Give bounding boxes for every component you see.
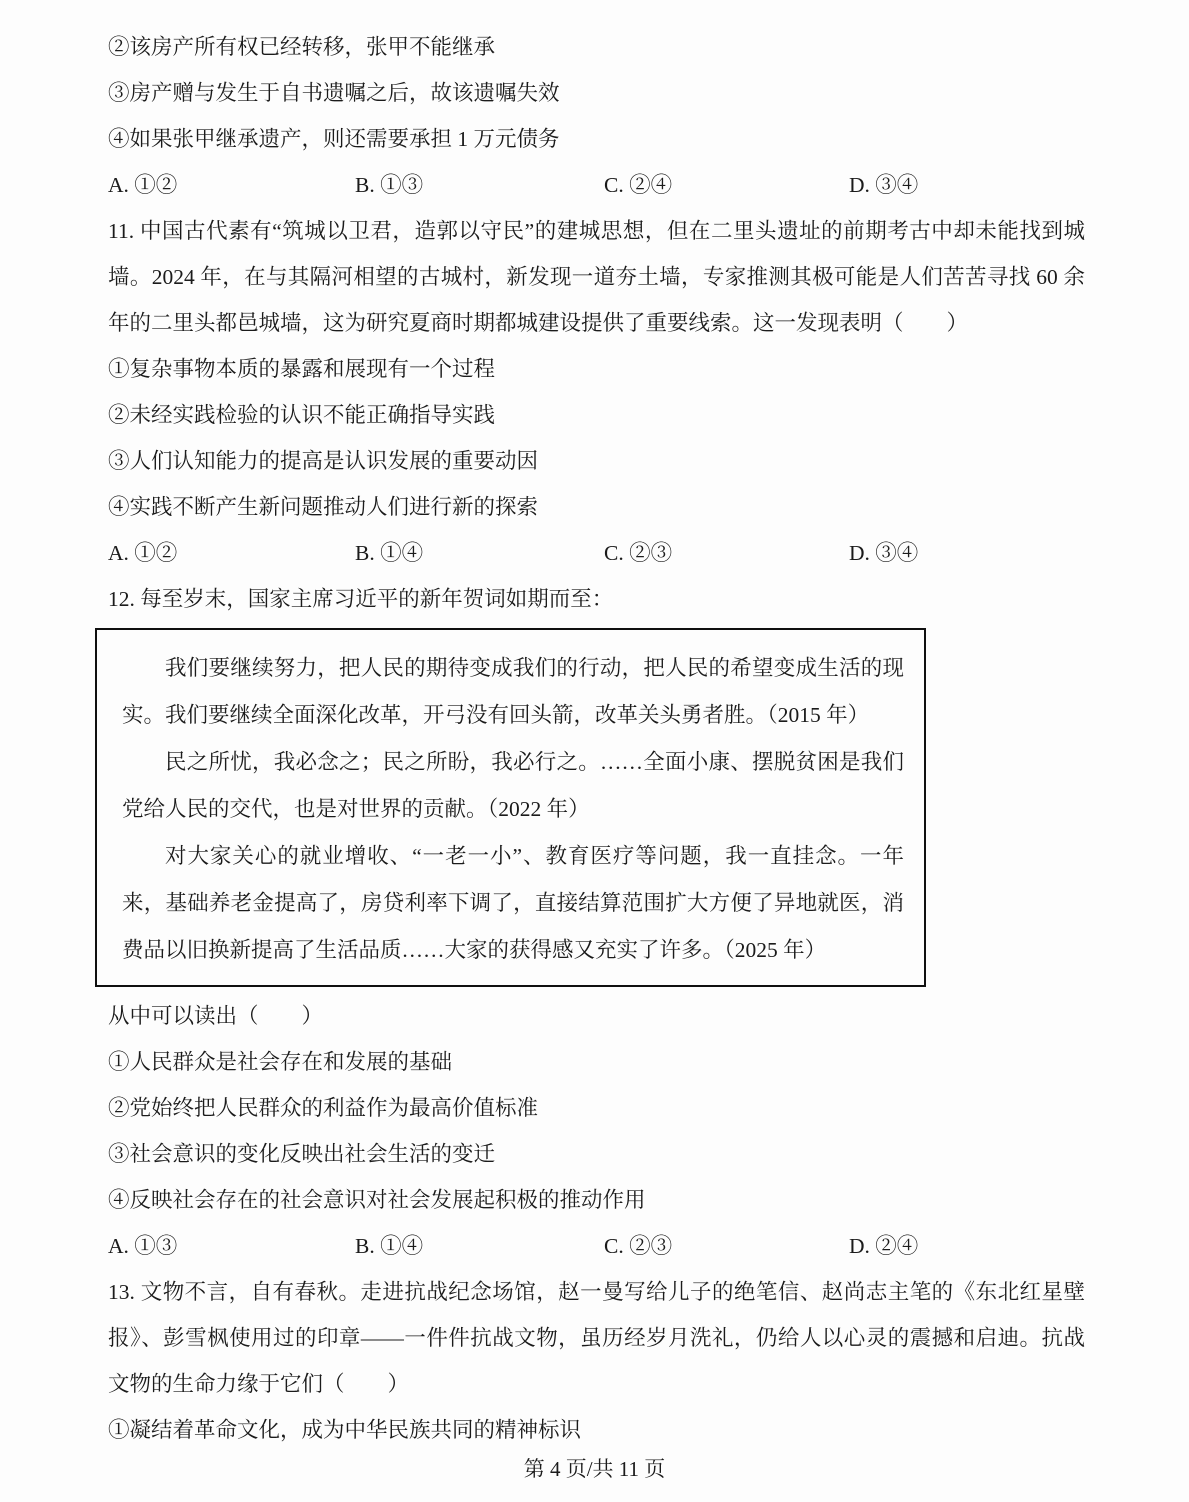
new-year-speech-quote-box: 我们要继续努力，把人民的期待变成我们的行动，把人民的希望变成生活的现实。我们要继… — [95, 628, 926, 987]
option-statement: ①复杂事物本质的暴露和展现有一个过程 — [108, 346, 1085, 392]
option-statement: ②未经实践检验的认识不能正确指导实践 — [108, 392, 1085, 438]
question-12-section: 12. 每至岁末，国家主席习近平的新年贺词如期而至： 我们要继续努力，把人民的期… — [108, 576, 1085, 1269]
question-11-stem: 11. 中国古代素有“筑城以卫君，造郭以守民”的建城思想，但在二里头遗址的前期考… — [108, 208, 1085, 346]
option-statement: ③人们认知能力的提高是认识发展的重要动因 — [108, 438, 1085, 484]
option-statement: ③社会意识的变化反映出社会生活的变迁 — [108, 1131, 1085, 1177]
answer-choice-b: B. ①④ — [355, 530, 604, 576]
page-number-footer: 第 4 页/共 11 页 — [0, 1456, 1189, 1482]
option-statement: ①凝结着革命文化，成为中华民族共同的精神标识 — [108, 1407, 1085, 1453]
option-statement: ②党始终把人民群众的利益作为最高价值标准 — [108, 1085, 1085, 1131]
question-12-intro: 12. 每至岁末，国家主席习近平的新年贺词如期而至： — [108, 576, 1085, 622]
question-11-section: 11. 中国古代素有“筑城以卫君，造郭以守民”的建城思想，但在二里头遗址的前期考… — [108, 208, 1085, 576]
answer-row: A. ①② B. ①④ C. ②③ D. ③④ — [108, 530, 1085, 576]
question-13-stem: 13. 文物不言，自有春秋。走进抗战纪念场馆，赵一曼写给儿子的绝笔信、赵尚志主笔… — [108, 1269, 1085, 1407]
quote-paragraph-2025: 对大家关心的就业增收、“一老一小”、教育医疗等问题，我一直挂念。一年来，基础养老… — [122, 833, 904, 974]
option-statement: ②该房产所有权已经转移，张甲不能继承 — [108, 24, 1085, 70]
answer-choice-a: A. ①② — [108, 162, 355, 208]
answer-choice-b: B. ①③ — [355, 162, 604, 208]
option-statement: ④实践不断产生新问题推动人们进行新的探索 — [108, 484, 1085, 530]
answer-choice-d: D. ③④ — [849, 162, 1085, 208]
answer-row: A. ①③ B. ①④ C. ②③ D. ②④ — [108, 1223, 1085, 1269]
exam-paper-page: ②该房产所有权已经转移，张甲不能继承 ③房产赠与发生于自书遗嘱之后，故该遗嘱失效… — [0, 0, 1189, 1502]
answer-choice-c: C. ②④ — [604, 162, 849, 208]
option-statement: ④如果张甲继承遗产，则还需要承担 1 万元债务 — [108, 116, 1085, 162]
option-statement: ①人民群众是社会存在和发展的基础 — [108, 1039, 1085, 1085]
answer-choice-c: C. ②③ — [604, 530, 849, 576]
answer-choice-d: D. ②④ — [849, 1223, 1085, 1269]
answer-row: A. ①② B. ①③ C. ②④ D. ③④ — [108, 162, 1085, 208]
option-statement: ③房产赠与发生于自书遗嘱之后，故该遗嘱失效 — [108, 70, 1085, 116]
quote-paragraph-2022: 民之所忧，我必念之；民之所盼，我必行之。……全面小康、摆脱贫困是我们党给人民的交… — [122, 739, 904, 833]
answer-choice-d: D. ③④ — [849, 530, 1085, 576]
option-statement: ④反映社会存在的社会意识对社会发展起积极的推动作用 — [108, 1177, 1085, 1223]
answer-choice-a: A. ①③ — [108, 1223, 355, 1269]
question-13-section: 13. 文物不言，自有春秋。走进抗战纪念场馆，赵一曼写给儿子的绝笔信、赵尚志主笔… — [108, 1269, 1085, 1453]
answer-choice-c: C. ②③ — [604, 1223, 849, 1269]
answer-choice-a: A. ①② — [108, 530, 355, 576]
prev-question-section: ②该房产所有权已经转移，张甲不能继承 ③房产赠与发生于自书遗嘱之后，故该遗嘱失效… — [108, 24, 1085, 208]
quote-paragraph-2015: 我们要继续努力，把人民的期待变成我们的行动，把人民的希望变成生活的现实。我们要继… — [122, 645, 904, 739]
answer-choice-b: B. ①④ — [355, 1223, 604, 1269]
question-12-lead-out: 从中可以读出（ ） — [108, 993, 1085, 1039]
